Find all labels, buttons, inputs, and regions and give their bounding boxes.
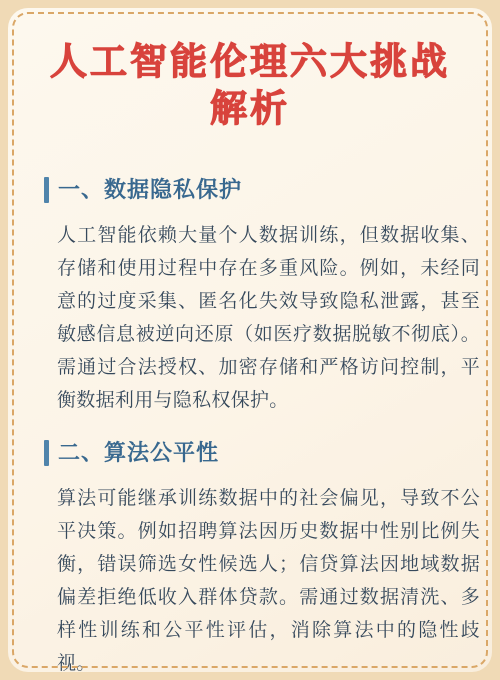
- section-data-privacy: 一、数据隐私保护 人工智能依赖大量个人数据训练，但数据收集、存储和使用过程中存在…: [44, 176, 480, 417]
- section-body-data-privacy: 人工智能依赖大量个人数据训练，但数据收集、存储和使用过程中存在多重风险。例如，未…: [57, 219, 480, 417]
- section-heading-label: 二、算法公平性: [58, 439, 219, 467]
- page-title: 人工智能伦理六大挑战 解析: [8, 8, 492, 132]
- section-algorithm-fairness: 二、算法公平性 算法可能继承训练数据中的社会偏见，导致不公平决策。例如招聘算法因…: [44, 439, 480, 672]
- section-heading-label: 一、数据隐私保护: [58, 176, 242, 204]
- page-title-line1: 人工智能伦理六大挑战: [8, 38, 492, 85]
- sections-container: 一、数据隐私保护 人工智能依赖大量个人数据训练，但数据收集、存储和使用过程中存在…: [8, 176, 492, 672]
- heading-accent-bar: [44, 440, 49, 466]
- section-body-algorithm-fairness: 算法可能继承训练数据中的社会偏见，导致不公平决策。例如招聘算法因历史数据中性别比…: [57, 482, 480, 672]
- heading-accent-bar: [44, 177, 49, 203]
- poster-background: { "title": { "line1": "人工智能伦理六大挑战", "lin…: [0, 0, 500, 680]
- page-title-line2: 解析: [8, 85, 492, 132]
- section-heading-data-privacy: 一、数据隐私保护: [44, 176, 480, 204]
- section-heading-algorithm-fairness: 二、算法公平性: [44, 439, 480, 467]
- content-card: 人工智能伦理六大挑战 解析 一、数据隐私保护 人工智能依赖大量个人数据训练，但数…: [8, 8, 492, 672]
